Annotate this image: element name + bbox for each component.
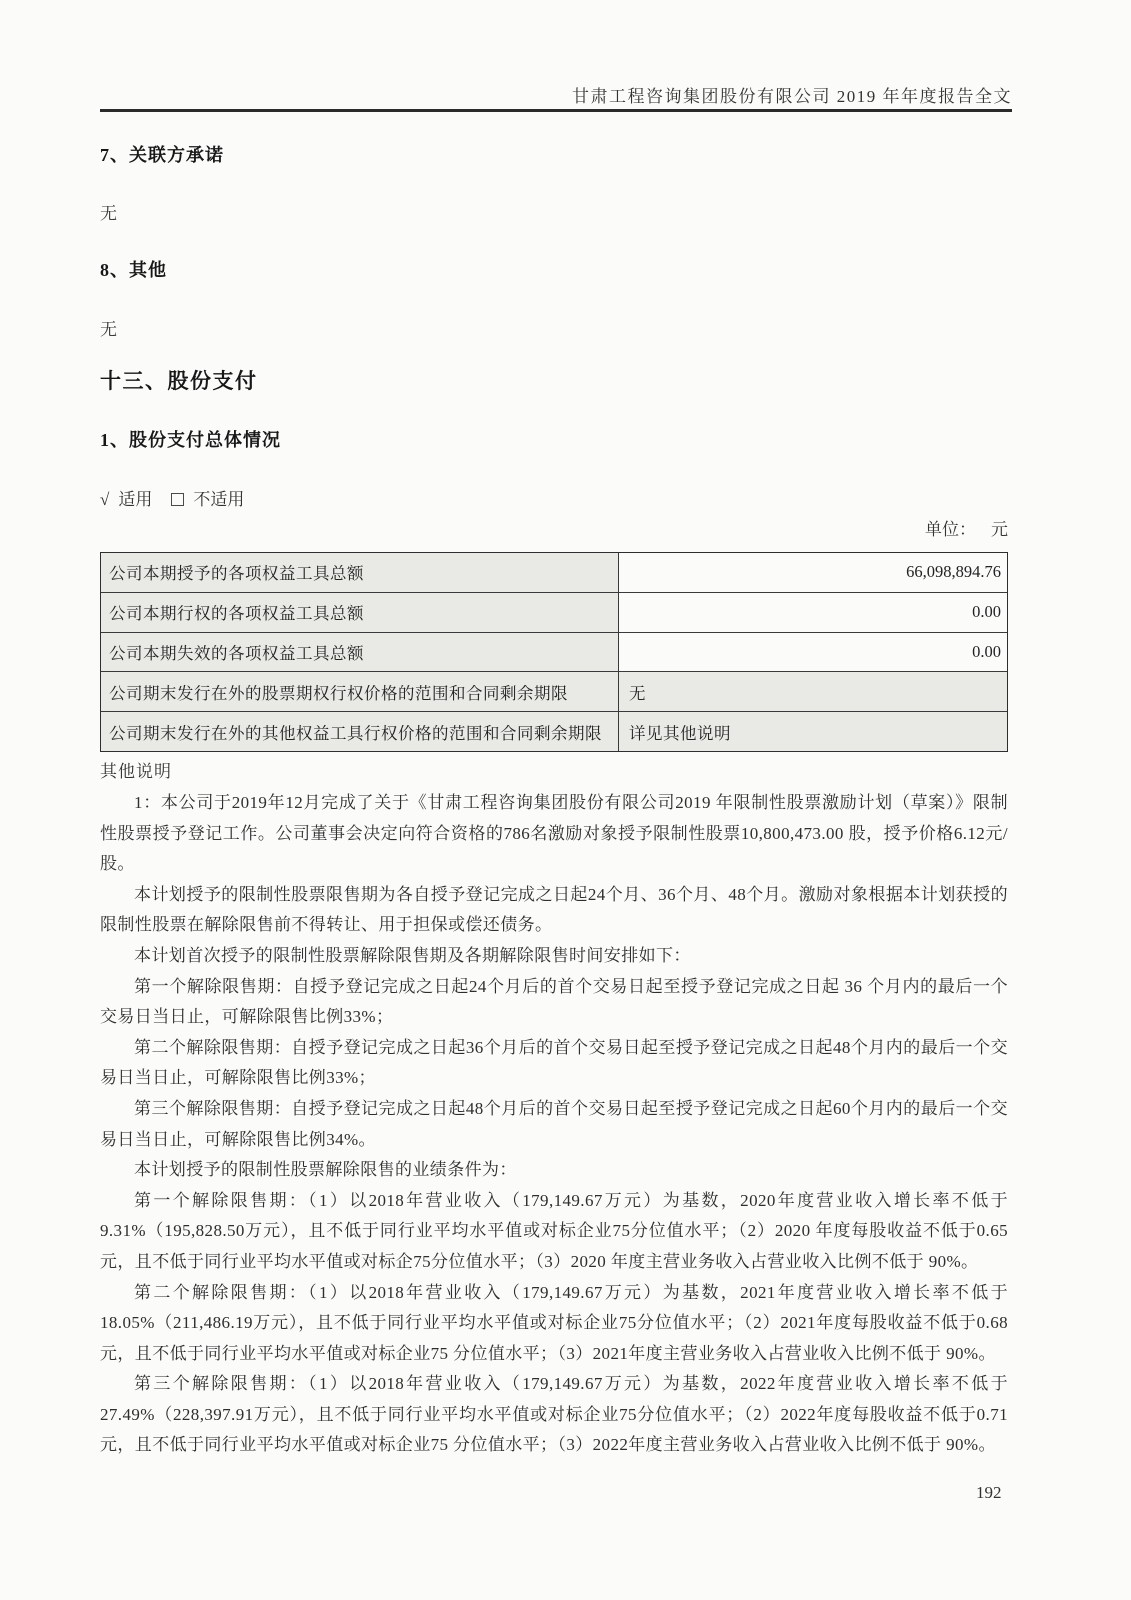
note-paragraph: 第一个解除限售期：自授予登记完成之日起24个月后的首个交易日起至授予登记完成之日…: [100, 972, 1008, 1033]
section-7-heading: 7、关联方承诺: [100, 141, 224, 167]
note-paragraph: 第二个解除限售期：自授予登记完成之日起36个月后的首个交易日起至授予登记完成之日…: [100, 1033, 1008, 1094]
notes-body: 1：本公司于2019年12月完成了关于《甘肃工程咨询集团股份有限公司2019 年…: [100, 788, 1008, 1461]
row-value: 详见其他说明: [619, 712, 1007, 751]
section-8-body: 无: [100, 315, 117, 340]
note-paragraph: 第三个解除限售期：（1）以2018年营业收入（179,149.67万元）为基数，…: [100, 1369, 1008, 1461]
table-row: 公司本期失效的各项权益工具总额 0.00: [101, 633, 1007, 673]
row-label: 公司本期授予的各项权益工具总额: [101, 553, 619, 592]
note-paragraph: 1：本公司于2019年12月完成了关于《甘肃工程咨询集团股份有限公司2019 年…: [100, 788, 1008, 880]
row-value: 无: [619, 672, 1007, 711]
table-row: 公司期末发行在外的其他权益工具行权价格的范围和合同剩余期限 详见其他说明: [101, 712, 1007, 751]
share-payment-table: 公司本期授予的各项权益工具总额 66,098,894.76 公司本期行权的各项权…: [100, 552, 1008, 752]
row-label: 公司本期失效的各项权益工具总额: [101, 633, 619, 672]
applicable-label: 适用: [118, 490, 152, 509]
note-paragraph: 第三个解除限售期：自授予登记完成之日起48个月后的首个交易日起至授予登记完成之日…: [100, 1094, 1008, 1155]
applicability-line: √适用不适用: [100, 485, 244, 510]
note-paragraph: 第二个解除限售期：（1）以2018年营业收入（179,149.67万元）为基数，…: [100, 1278, 1008, 1370]
section-7-body: 无: [100, 199, 117, 224]
table-row: 公司本期授予的各项权益工具总额 66,098,894.76: [101, 553, 1007, 593]
report-page: 甘肃工程咨询集团股份有限公司 2019 年年度报告全文 7、关联方承诺 无 8、…: [0, 0, 1131, 1600]
page-number: 192: [976, 1483, 1002, 1503]
note-paragraph: 本计划授予的限制性股票限售期为各自授予登记完成之日起24个月、36个月、48个月…: [100, 880, 1008, 941]
check-icon: √: [100, 490, 109, 509]
row-label: 公司期末发行在外的其他权益工具行权价格的范围和合同剩余期限: [101, 712, 619, 751]
note-paragraph: 第一个解除限售期：（1）以2018年营业收入（179,149.67万元）为基数，…: [100, 1186, 1008, 1278]
notes-title: 其他说明: [100, 757, 172, 782]
unchecked-checkbox-icon: [171, 493, 184, 506]
unit-label: 单位：: [925, 520, 976, 539]
section-8-heading: 8、其他: [100, 256, 167, 282]
section-13-heading: 十三、股份支付: [100, 365, 258, 395]
table-row: 公司本期行权的各项权益工具总额 0.00: [101, 593, 1007, 633]
header-divider: [100, 109, 1012, 112]
row-value: 0.00: [619, 593, 1007, 632]
section-13-1-heading: 1、股份支付总体情况: [100, 426, 281, 452]
table-row: 公司期末发行在外的股票期权行权价格的范围和合同剩余期限 无: [101, 672, 1007, 712]
unit-line: 单位：元: [925, 515, 1008, 540]
not-applicable-label: 不适用: [193, 490, 244, 509]
row-label: 公司期末发行在外的股票期权行权价格的范围和合同剩余期限: [101, 672, 619, 711]
row-label: 公司本期行权的各项权益工具总额: [101, 593, 619, 632]
row-value: 0.00: [619, 633, 1007, 672]
note-paragraph: 本计划首次授予的限制性股票解除限售期及各期解除限售时间安排如下：: [100, 941, 1008, 972]
note-paragraph: 本计划授予的限制性股票解除限售的业绩条件为：: [100, 1155, 1008, 1186]
row-value: 66,098,894.76: [619, 553, 1007, 592]
unit-value: 元: [991, 520, 1008, 539]
report-header-title: 甘肃工程咨询集团股份有限公司 2019 年年度报告全文: [572, 82, 1012, 107]
